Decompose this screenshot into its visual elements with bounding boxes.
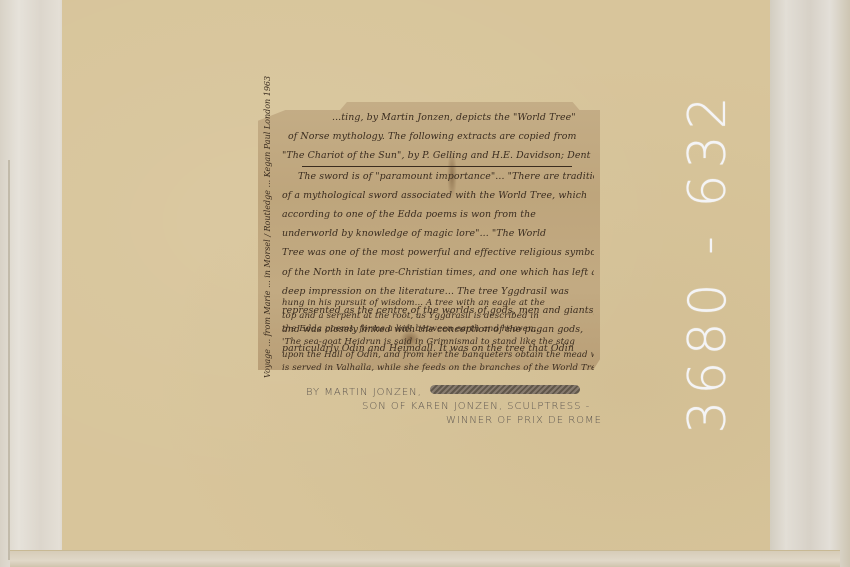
margin-note: Voyage ... from Marie ... in Morsel / Ro… xyxy=(263,123,273,378)
label-line: top and a serpent at the root, as Yggdra… xyxy=(282,310,594,323)
label-line: of the North in late pre-Christian times… xyxy=(282,263,594,282)
label-line: upon the Hall of Odin, and from her the … xyxy=(282,349,594,362)
label-text-lower: hung in his pursuit of wisdom... A tree … xyxy=(282,297,594,375)
masking-tape-bottom xyxy=(10,550,840,567)
label-line: 'The sea-goat Heidrun is said in Grimnis… xyxy=(282,336,594,349)
label-line: hung in his pursuit of wisdom... A tree … xyxy=(282,297,594,310)
label-line: underworld by knowledge of magic lore"..… xyxy=(282,224,594,243)
label-line: the Edda poems, forms a link between ear… xyxy=(282,323,594,336)
label-line: is served in Valhalla, while she feeds o… xyxy=(282,362,594,375)
label-line: ...ting, by Martin Jonzen, depicts the "… xyxy=(282,108,594,127)
masking-tape-right xyxy=(770,0,850,567)
crossed-out-text xyxy=(430,385,580,394)
pencil-inscription-line: SON OF KAREN JONZEN, SCULPTRESS - xyxy=(362,401,590,412)
label-line: of Norse mythology. The following extrac… xyxy=(282,127,594,146)
label-line: The sword is of "paramount importance"..… xyxy=(282,167,594,186)
label-line: according to one of the Edda poems is wo… xyxy=(282,205,594,224)
chalk-inventory-number: 3680 - 632 xyxy=(678,90,738,433)
label-line: "The Chariot of the Sun", by P. Gelling … xyxy=(282,146,594,165)
label-line: Tree was one of the most powerful and ef… xyxy=(282,243,594,262)
label-line: of a mythological sword associated with … xyxy=(282,186,594,205)
pencil-inscription-line: WINNER OF PRIX DE ROME xyxy=(446,415,602,426)
pencil-inscription-line: BY MARTIN JONZEN, xyxy=(306,387,422,398)
